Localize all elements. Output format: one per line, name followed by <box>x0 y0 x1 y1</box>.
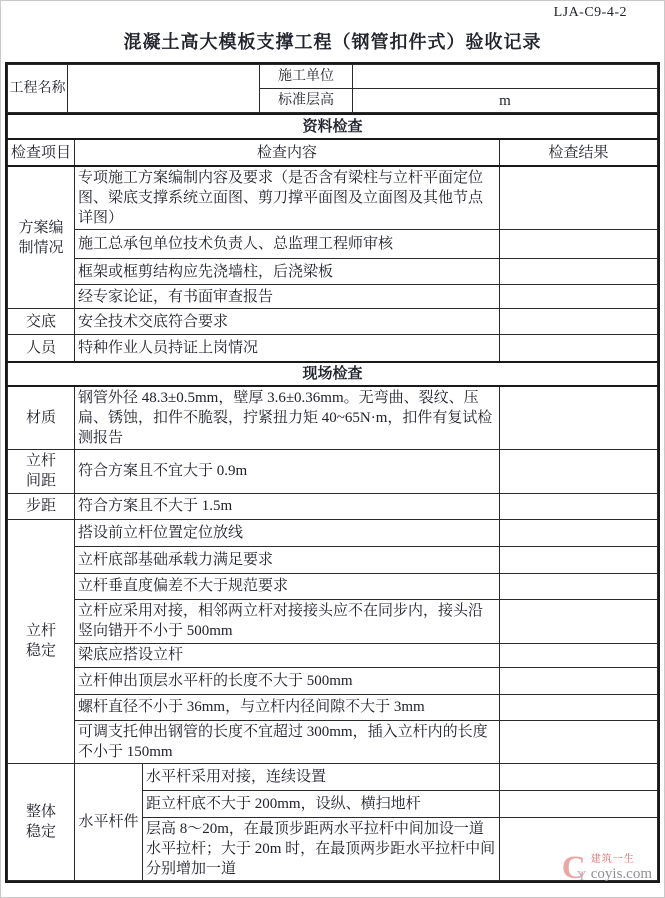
result-cell <box>500 259 658 285</box>
check-content: 立杆底部基础承载力满足要求 <box>75 546 500 573</box>
check-content: 水平杆采用对接，连续设置 <box>143 763 500 790</box>
result-cell <box>500 335 658 362</box>
check-content: 钢管外径 48.3±0.5mm，壁厚 3.6±0.36mm。无弯曲、裂纹、压扁、… <box>75 386 500 450</box>
check-content: 立杆伸出顶层水平杆的长度不大于 500mm <box>75 667 500 694</box>
page-title: 混凝土高大模板支撑工程（钢管扣件式）验收记录 <box>0 28 665 54</box>
project-name-label: 工程名称 <box>8 65 68 113</box>
check-content: 距立杆底不大于 200mm，设纵、横扫地杆 <box>143 790 500 817</box>
check-content: 符合方案且不宜大于 0.9m <box>75 449 500 493</box>
check-content: 层高 8～20m，在最顶步距两水平拉杆中间加设一道水平拉杆；大于 20m 时，在… <box>143 817 500 880</box>
result-cell <box>500 573 658 599</box>
result-cell <box>500 763 658 790</box>
watermark-logo: CY 建筑一生 coyis.com <box>562 851 652 885</box>
check-content: 施工总承包单位技术负责人、总监理工程师审核 <box>75 230 500 259</box>
floor-height-label: 标准层高 <box>260 89 353 113</box>
project-name-value <box>68 65 260 113</box>
group-label-overall-stability: 整体 稳定 <box>8 763 75 880</box>
check-content: 梁底应搭设立杆 <box>75 643 500 667</box>
result-cell <box>500 546 658 573</box>
group-label-pole-spacing: 立杆 间距 <box>8 449 75 493</box>
column-header-content: 检查内容 <box>75 139 500 166</box>
group-label-briefing: 交底 <box>8 309 75 335</box>
result-cell <box>500 285 658 309</box>
result-cell <box>500 694 658 720</box>
check-content: 搭设前立杆位置定位放线 <box>75 519 500 546</box>
result-cell <box>500 519 658 546</box>
check-content: 安全技术交底符合要求 <box>75 309 500 335</box>
result-cell <box>500 386 658 450</box>
check-content: 符合方案且不大于 1.5m <box>75 493 500 519</box>
info-table: 工程名称 施工单位 标准层高 m <box>7 64 658 113</box>
subgroup-label-horizontal-members: 水平杆件 <box>75 763 143 880</box>
result-cell <box>500 599 658 643</box>
column-header-item: 检查项目 <box>8 139 75 166</box>
watermark-letter-y-icon: Y <box>577 869 587 885</box>
doc-code: LJA-C9-4-2 <box>0 0 665 21</box>
check-content: 框架或框剪结构应先浇墙柱，后浇梁板 <box>75 259 500 285</box>
group-label-step: 步距 <box>8 493 75 519</box>
result-cell <box>500 449 658 493</box>
watermark-brand: 建筑一生 <box>591 854 652 866</box>
check-content: 螺杆直径不小于 36mm，与立杆内径间隙不大于 3mm <box>75 694 500 720</box>
record-table: 工程名称 施工单位 标准层高 m 资料检查 检查项目 检查内容 检查结果 <box>5 62 660 883</box>
section-banner-docs: 资料检查 <box>8 114 658 139</box>
result-cell <box>500 166 658 230</box>
result-cell <box>500 309 658 335</box>
check-content: 特种作业人员持证上岗情况 <box>75 335 500 362</box>
check-content: 可调支托伸出钢管的长度不宜超过 300mm，插入立杆内的长度不小于 150mm <box>75 720 500 763</box>
result-cell <box>500 230 658 259</box>
watermark-site: coyis.com <box>591 866 652 883</box>
result-cell <box>500 667 658 694</box>
document-page: LJA-C9-4-2 混凝土高大模板支撑工程（钢管扣件式）验收记录 工程名称 施… <box>0 0 665 898</box>
check-content: 经专家论证，有书面审查报告 <box>75 285 500 309</box>
construction-unit-label: 施工单位 <box>260 65 353 89</box>
group-label-material: 材质 <box>8 386 75 450</box>
column-header-result: 检查结果 <box>500 139 658 166</box>
watermark-text: 建筑一生 coyis.com <box>591 854 652 883</box>
floor-height-value: m <box>353 89 658 113</box>
construction-unit-value <box>353 65 658 89</box>
result-cell <box>500 720 658 763</box>
group-label-plan: 方案编 制情况 <box>8 166 75 309</box>
group-label-personnel: 人员 <box>8 335 75 362</box>
result-cell <box>500 790 658 817</box>
check-content: 专项施工方案编制内容及要求（是否含有梁柱与立杆平面定位图、梁底支撑系统立面图、剪… <box>75 166 500 230</box>
group-label-pole-stability: 立杆 稳定 <box>8 519 75 763</box>
result-cell <box>500 643 658 667</box>
checklist-table: 资料检查 检查项目 检查内容 检查结果 方案编 制情况 专项施工方案编制内容及要… <box>7 113 658 881</box>
check-content: 立杆垂直度偏差不大于规范要求 <box>75 573 500 599</box>
check-content: 立杆应采用对接，相邻两立杆对接接头应不在同步内，接头沿竖向错开不小于 500mm <box>75 599 500 643</box>
result-cell <box>500 493 658 519</box>
section-banner-site: 现场检查 <box>8 362 658 386</box>
